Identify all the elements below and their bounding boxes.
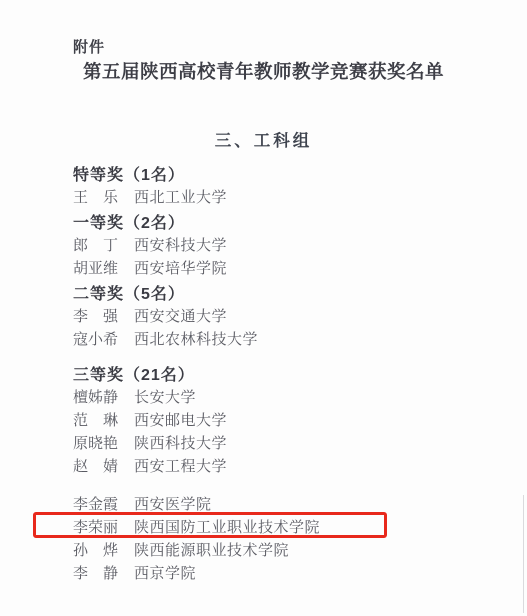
award-entry: 郎 丁西安科技大学	[73, 233, 527, 256]
winner-school: 西安邮电大学	[134, 409, 227, 430]
winner-name: 李金霞	[73, 493, 118, 514]
award-tier-heading: 特等奖（1名）	[73, 162, 527, 185]
award-entry: 赵 婧西安工程大学	[73, 454, 527, 477]
award-entry: 李金霞西安医学院	[73, 492, 527, 515]
award-entry: 檀姊静长安大学	[73, 385, 527, 408]
award-entry: 寇小希西北农林科技大学	[73, 327, 527, 350]
winner-name: 赵 婧	[73, 455, 118, 476]
winner-school: 西北工业大学	[134, 186, 227, 207]
winner-school: 西京学院	[134, 562, 196, 583]
winner-name: 檀姊静	[73, 386, 118, 407]
winner-school: 西安交通大学	[134, 305, 227, 326]
winner-school: 西安工程大学	[134, 455, 227, 476]
group-heading: 三、工科组	[0, 127, 527, 151]
award-entry: 李 静西京学院	[73, 561, 527, 584]
winner-school: 西安科技大学	[134, 234, 227, 255]
winner-school: 陕西国防工业职业技术学院	[134, 516, 320, 537]
attachment-label: 附件	[73, 36, 105, 57]
winner-school: 长安大学	[134, 386, 196, 407]
winner-school: 西北农林科技大学	[134, 328, 258, 349]
winner-school: 西安医学院	[134, 493, 212, 514]
award-tier-heading: 二等奖（5名）	[73, 281, 527, 304]
award-tier-heading: 一等奖（2名）	[73, 210, 527, 233]
winner-name: 范 琳	[73, 409, 118, 430]
winner-name: 郎 丁	[73, 234, 118, 255]
award-entry: 王 乐西北工业大学	[73, 185, 527, 208]
winner-school: 陕西科技大学	[134, 432, 227, 453]
award-entry: 原晓艳陕西科技大学	[73, 431, 527, 454]
award-entry: 范 琳西安邮电大学	[73, 408, 527, 431]
award-entry: 李荣丽陕西国防工业职业技术学院	[73, 515, 527, 538]
winner-name: 王 乐	[73, 186, 118, 207]
winner-name: 李 静	[73, 562, 118, 583]
winner-school: 陕西能源职业技术学院	[134, 539, 289, 560]
winner-name: 孙 烨	[73, 539, 118, 560]
winner-name: 原晓艳	[73, 432, 118, 453]
winner-name: 寇小希	[73, 328, 118, 349]
page-edge-line	[523, 495, 525, 613]
award-entry: 李 强西安交通大学	[73, 304, 527, 327]
award-entry: 孙 烨陕西能源职业技术学院	[73, 538, 527, 561]
document-title: 第五届陕西高校青年教师教学竞赛获奖名单	[0, 58, 527, 84]
winner-name: 李 强	[73, 305, 118, 326]
award-entry: 胡亚维西安培华学院	[73, 256, 527, 279]
document-page: 附件 第五届陕西高校青年教师教学竞赛获奖名单 三、工科组 特等奖（1名）王 乐西…	[0, 0, 527, 616]
winner-school: 西安培华学院	[134, 257, 227, 278]
award-list: 特等奖（1名）王 乐西北工业大学一等奖（2名）郎 丁西安科技大学胡亚维西安培华学…	[73, 162, 527, 584]
award-tier-heading: 三等奖（21名）	[73, 362, 527, 385]
winner-name: 李荣丽	[73, 516, 118, 537]
winner-name: 胡亚维	[73, 257, 118, 278]
